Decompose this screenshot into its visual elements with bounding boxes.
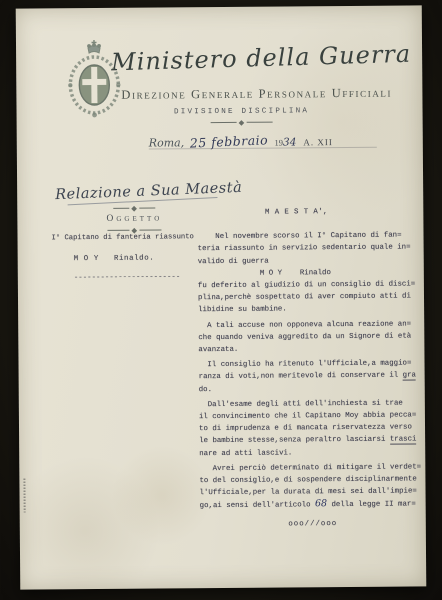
ministry-title: Ministero della Guerra <box>111 41 352 76</box>
typed-line: teria riassunto in servizio sedentario q… <box>198 242 424 256</box>
typed-line: libidine su bambine. <box>198 303 424 317</box>
oggetto-label: Oggetto <box>81 213 187 224</box>
report-heading: Relazione a Sua Maestà <box>55 180 235 203</box>
paragraph: Nel novembre scorso il I° Capitano di fa… <box>197 230 424 317</box>
paragraph: A tali accuse non opponeva alcuna reazio… <box>198 318 424 356</box>
subject-name: M O Y Rinaldo. <box>74 255 155 264</box>
typed-line: nare ad atti lascivi. <box>199 446 425 460</box>
typed-line: plina,perchè sospettato di aver compiuto… <box>198 291 424 305</box>
typed-line: go,ai sensi dell'articolo 68 della legge… <box>200 498 426 513</box>
typed-line: le bambine stesse,senza peraltro lasciar… <box>199 434 425 448</box>
oggetto-top-ornament <box>111 206 157 210</box>
division-subtitle: DIVISIONE DISCIPLINA <box>122 107 362 117</box>
document-photo: Ministero della Guerra Direzione General… <box>0 0 442 600</box>
paragraph: Dall'esame degli atti dell'inchiesta si … <box>199 397 425 460</box>
paragraph: Il consiglio ha ritenuto l'Ufficiale,a m… <box>198 358 424 396</box>
letter-paper: Ministero della Guerra Direzione General… <box>16 5 427 589</box>
typed-line: do. <box>199 382 425 396</box>
dateline: Roma,25 febbraio1934A. XII <box>149 132 399 154</box>
division-divider-ornament <box>122 120 362 125</box>
dateline-era: A. XII <box>303 137 333 147</box>
typed-line: ranza di voti,non meritevole di conserva… <box>199 370 425 384</box>
paragraph: Avrei perciò determinato di mitigare il … <box>199 461 425 513</box>
oggetto-bottom-ornament <box>105 228 163 232</box>
letter-body: M A E S T A', Nel novembre scorso il I° … <box>197 205 426 531</box>
typed-line: avanzata. <box>198 342 424 356</box>
continuation-mark: ooo///ooo <box>200 517 426 531</box>
subject-dashes: ------------------------ <box>74 273 181 282</box>
direction-subtitle: Direzione Generale Personale Ufficiali <box>121 86 361 103</box>
handwritten-number: 68 <box>315 499 327 510</box>
edge-printer-imprint <box>23 479 25 513</box>
salutation: M A E S T A', <box>197 205 423 219</box>
typed-line: che quando veniva aggredito da un Signor… <box>198 330 424 344</box>
body-text: Nel novembre scorso il I° Capitano di fa… <box>197 230 425 513</box>
subject-line: I° Capitano di fanteria riassunto <box>51 233 193 242</box>
